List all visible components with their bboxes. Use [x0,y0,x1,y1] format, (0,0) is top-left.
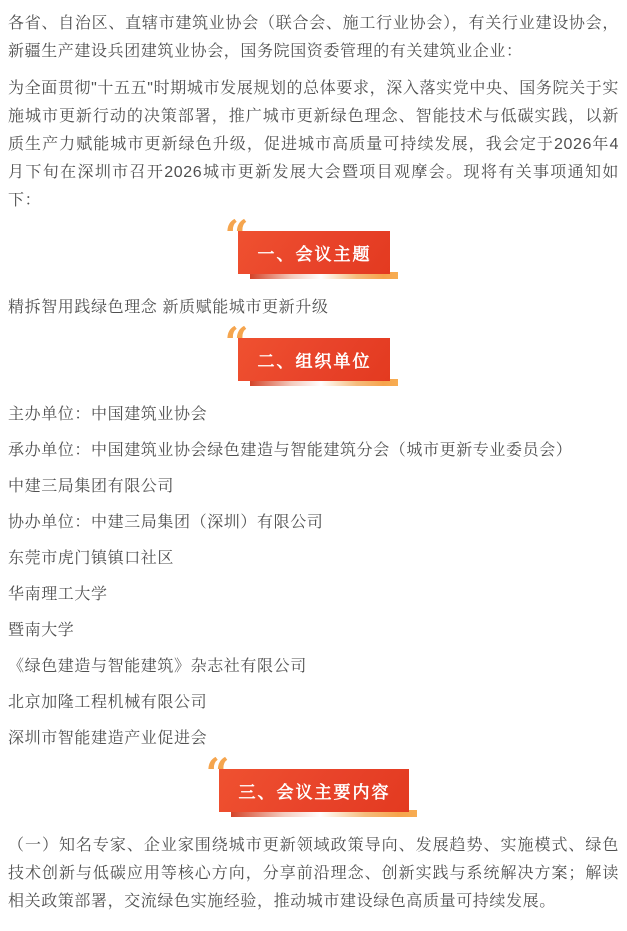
unit-line-co-organizer-7: 深圳市智能建造产业促进会 [8,725,619,753]
section-banner-main-content: “ 三、会议主要内容 [219,769,409,812]
section-title-box: 二、组织单位 [238,338,390,381]
intro-paragraph: 为全面贯彻"十五五"时期城市发展规划的总体要求，深入落实党中央、国务院关于实施城… [8,75,619,215]
section-title: 一、会议主题 [258,245,372,264]
notice-document: 各省、自治区、直辖市建筑业协会（联合会、施工行业协会），有关行业建设协会，新疆生… [0,0,627,931]
unit-line-co-organizer-4: 暨南大学 [8,617,619,645]
section-title: 二、组织单位 [258,352,372,371]
unit-line-co-organizer-6: 北京加隆工程机械有限公司 [8,689,619,717]
unit-line-co-organizer-5: 《绿色建造与智能建筑》杂志社有限公司 [8,653,619,681]
unit-line-co-organizer: 协办单位：中建三局集团（深圳）有限公司 [8,509,619,537]
section-title-box: 三、会议主要内容 [219,769,409,812]
salutation-paragraph: 各省、自治区、直辖市建筑业协会（联合会、施工行业协会），有关行业建设协会，新疆生… [8,10,619,66]
section-title-box: 一、会议主题 [238,231,390,274]
unit-line-host: 主办单位：中国建筑业协会 [8,401,619,429]
meeting-theme-text: 精拆智用践绿色理念 新质赋能城市更新升级 [8,294,619,322]
section-banner-meeting-theme: “ 一、会议主题 [238,231,390,274]
unit-line-co-organizer-2: 东莞市虎门镇镇口社区 [8,545,619,573]
unit-line-organizer-2: 中建三局集团有限公司 [8,473,619,501]
unit-line-co-organizer-3: 华南理工大学 [8,581,619,609]
unit-line-organizer: 承办单位：中国建筑业协会绿色建造与智能建筑分会（城市更新专业委员会） [8,437,619,465]
section-title: 三、会议主要内容 [239,783,391,802]
section-banner-organizing-units: “ 二、组织单位 [238,338,390,381]
main-content-item-1: （一）知名专家、企业家围绕城市更新领域政策导向、发展趋势、实施模式、绿色技术创新… [8,832,619,916]
